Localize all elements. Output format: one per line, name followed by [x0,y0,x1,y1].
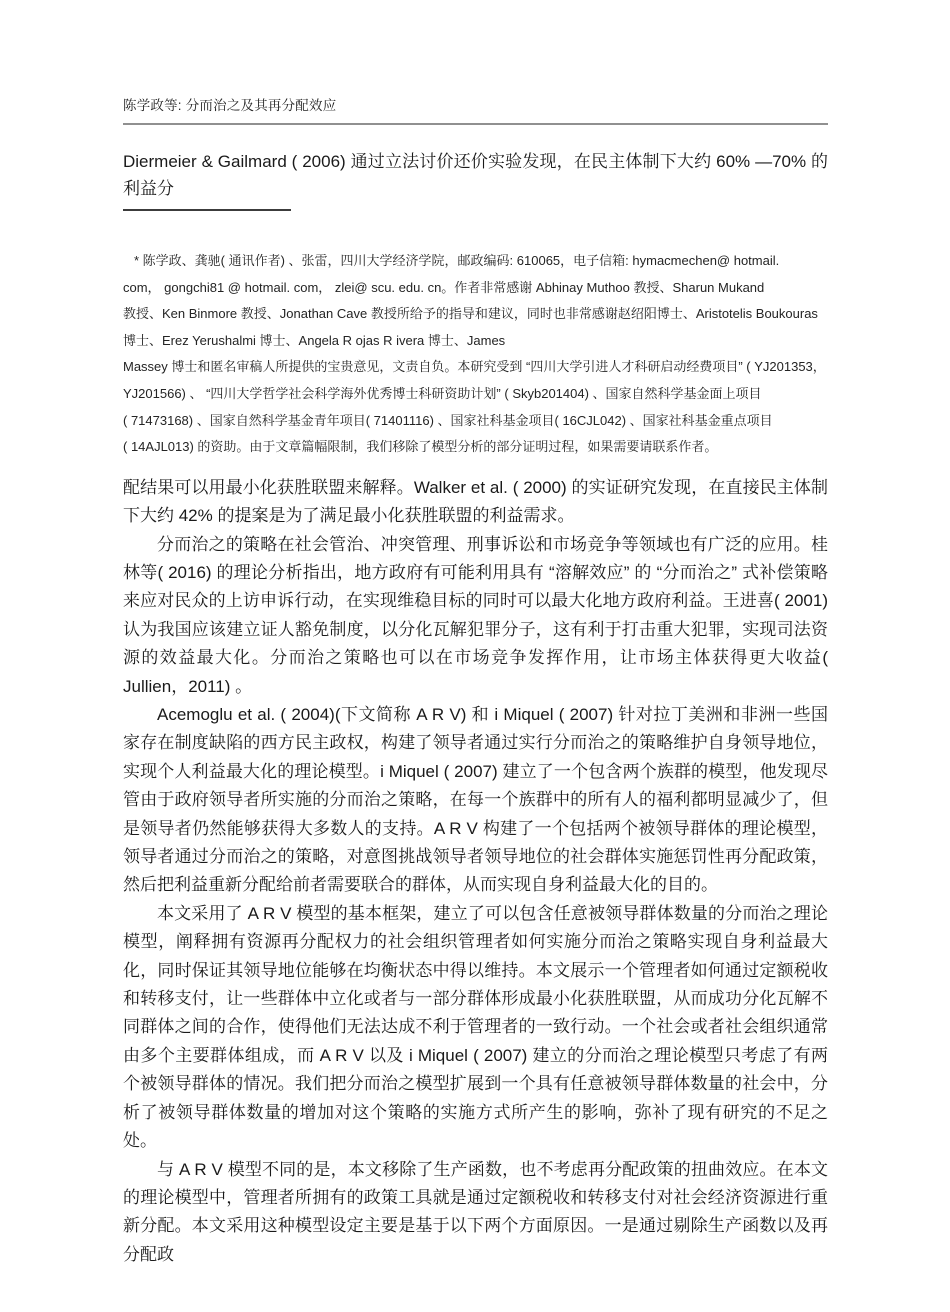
footnote-line: ( 71473168) 、国家自然科学基金青年项目( 71401116) 、国家… [123,408,828,435]
body-paragraph: 分而治之的策略在社会管治、冲突管理、刑事诉讼和市场竞争等领域也有广泛的应用。桂林… [123,531,828,701]
body-paragraph-continued: Diermeier & Gailmard ( 2006) 通过立法讨价还价实验发… [123,148,828,202]
footnote-line: YJ201566) 、 “四川大学哲学社会科学海外优秀博士科研资助计划” ( S… [123,381,828,408]
footnote-line: com， gongchi81 @ hotmail. com， zlei@ scu… [123,275,828,302]
paper-page: 陈学政等: 分而治之及其再分配效应 Diermeier & Gailmard (… [0,0,950,1312]
body-paragraph: 与 A R V 模型不同的是，本文移除了生产函数，也不考虑再分配政策的扭曲效应。… [123,1156,828,1270]
footnote-block: * 陈学政、龚驰( 通讯作者) 、张雷，四川大学经济学院，邮政编码: 61006… [123,248,828,461]
footnote-line: 博士、Erez Yerushalmi 博士、Angela R ojas R iv… [123,328,828,355]
footnote-line: 教授、Ken Binmore 教授、Jonathan Cave 教授所给予的指导… [123,301,828,328]
running-header: 陈学政等: 分而治之及其再分配效应 [123,97,828,115]
body-paragraph: 本文采用了 A R V 模型的基本框架，建立了可以包含任意被领导群体数量的分而治… [123,900,828,1156]
footnote-separator [123,209,291,211]
body-paragraph: 配结果可以用最小化获胜联盟来解释。Walker et al. ( 2000) 的… [123,474,828,531]
header-rule [123,123,828,125]
footnote-line: Massey 博士和匿名审稿人所提供的宝贵意见，文责自负。本研究受到 “四川大学… [123,354,828,381]
body-text: 配结果可以用最小化获胜联盟来解释。Walker et al. ( 2000) 的… [123,474,828,1269]
footnote-line: * 陈学政、龚驰( 通讯作者) 、张雷，四川大学经济学院，邮政编码: 61006… [123,248,828,275]
footnote-line: ( 14AJL013) 的资助。由于文章篇幅限制，我们移除了模型分析的部分证明过… [123,434,828,461]
body-paragraph: Acemoglu et al. ( 2004)(下文简称 A R V) 和 i … [123,701,828,900]
